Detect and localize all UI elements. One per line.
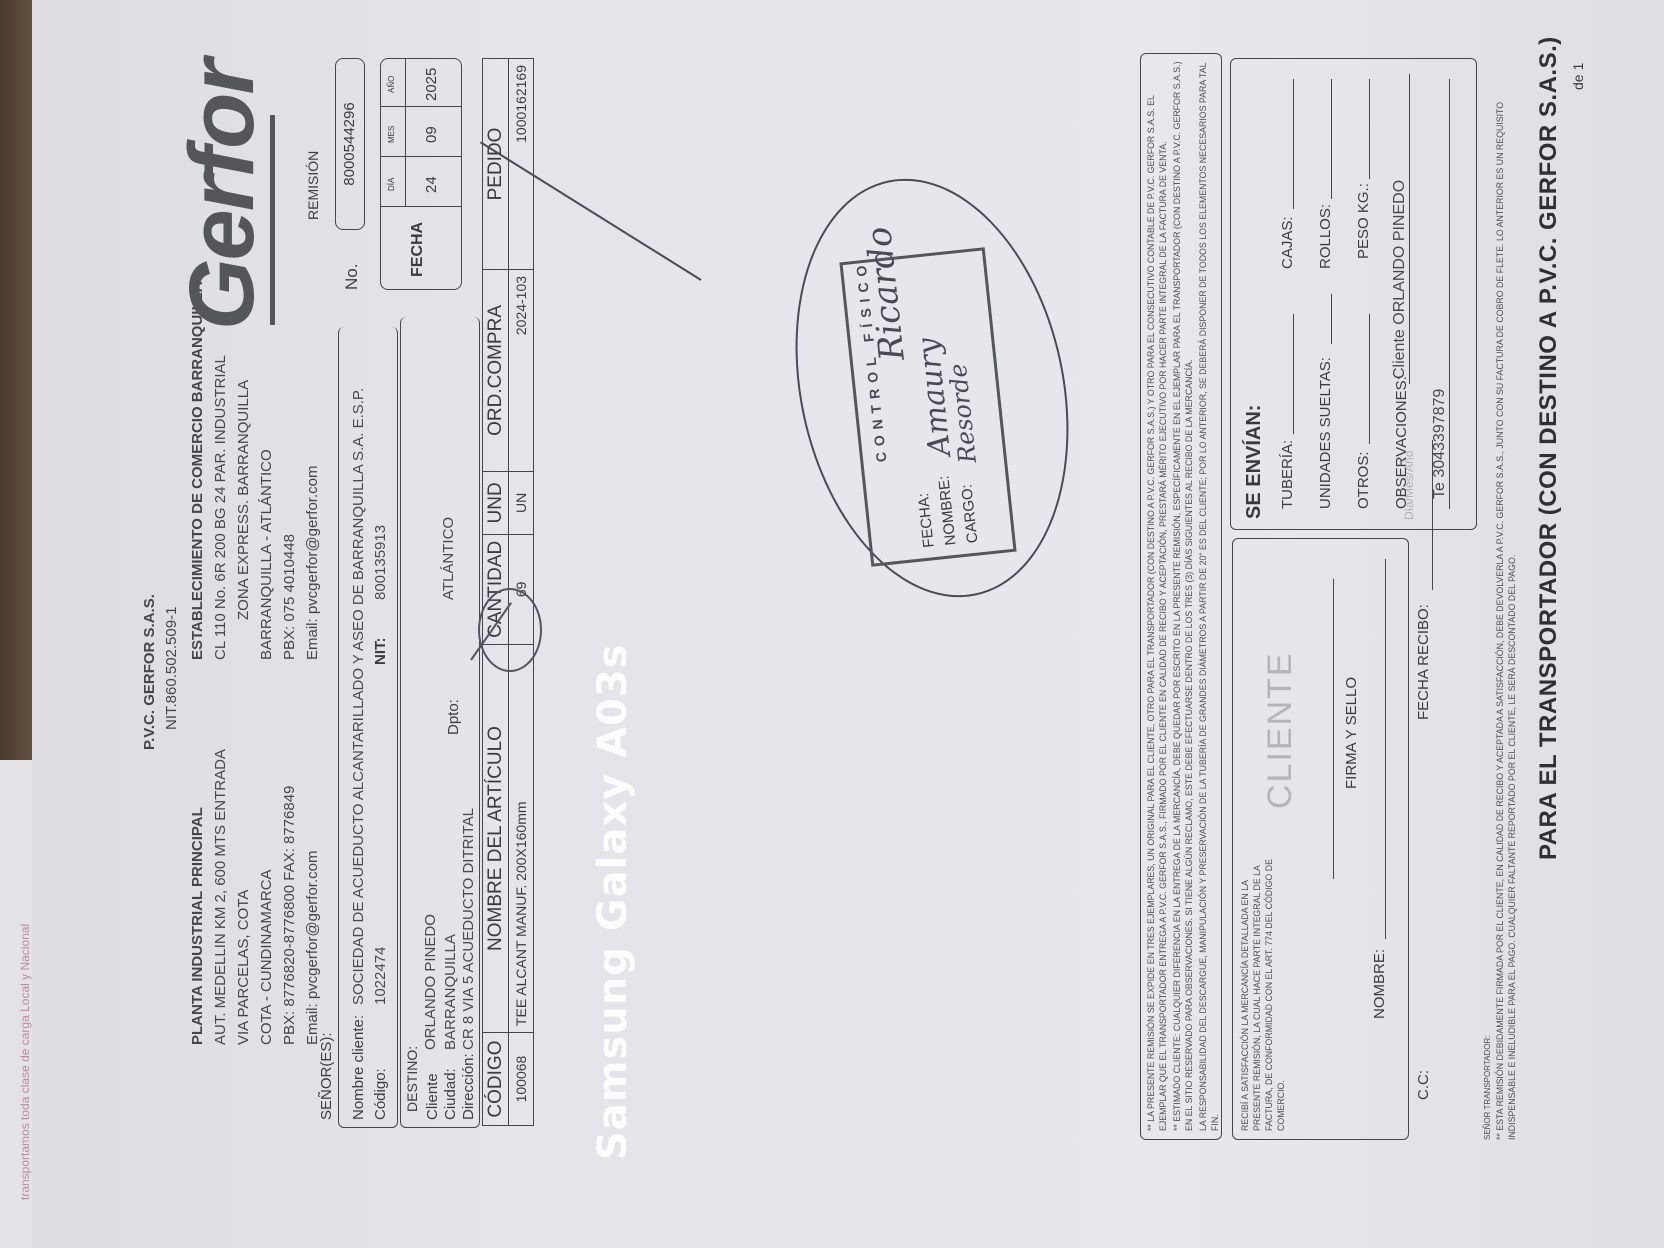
col-codigo: CÓDIGO (483, 1033, 509, 1126)
branch-line: BARRANQUILLA - ATLÁNTICO (257, 281, 276, 660)
ciudad-value: BARRANQUILLA (442, 934, 459, 1050)
remision-no-label: No. (342, 264, 362, 290)
col-ord-compra: ORD.COMPRA (483, 269, 509, 471)
stamp-fecha-label: FECHA: (915, 492, 938, 548)
fecha-mes: 09 (423, 126, 440, 143)
tuberia-field[interactable] (1293, 314, 1294, 434)
divider (381, 156, 461, 157)
destino-cliente-label: Cliente (424, 1073, 441, 1120)
nit-label: NIT: (372, 638, 389, 666)
observaciones-line-2 (1449, 79, 1450, 509)
observaciones-line (1409, 74, 1410, 384)
se-envian-title: SE ENVÍAN: (1243, 405, 1266, 519)
customer-box (338, 327, 398, 1128)
peso-field[interactable] (1369, 79, 1370, 179)
receipt-box: RECIBÍ A SATISFACCIÓN LA MERCANCÍA DETAL… (1232, 538, 1409, 1140)
cc-label: C.C: (1415, 1070, 1432, 1100)
branch-address: ESTABLECIMIENTO DE COMERCIO BARRANQUILLA… (188, 281, 322, 660)
nit-value: 800135913 (372, 525, 389, 600)
stamp-cargo-label: CARGO: (958, 483, 981, 544)
legal-box: ** LA PRESENTE REMISIÓN SE EXPIDE EN TRE… (1140, 53, 1222, 1140)
firma-line[interactable] (1333, 579, 1334, 879)
telefono-value: Te 3043397879 (1431, 389, 1449, 499)
branch-title: ESTABLECIMIENTO DE COMERCIO BARRANQUILLA (188, 281, 207, 660)
plant-line: AUT. MEDELLIN KM 2, 600 MTS ENTRADA (211, 749, 230, 1045)
cajas-label: CAJAS: (1279, 216, 1296, 269)
remision-number: 8000544296 (336, 59, 364, 229)
ano-label: AÑO (387, 76, 396, 93)
mes-label: MES (387, 126, 396, 143)
legal-p3: LA RESPONSABILIDAD DEL DESCARGUE, MANIPU… (1197, 61, 1221, 1131)
destino-cliente: ORLANDO PINEDO (422, 914, 439, 1050)
rollos-field[interactable] (1331, 79, 1332, 199)
cajas-field[interactable] (1293, 79, 1294, 209)
observaciones-value: Cliente ORLANDO PINEDO (1391, 180, 1409, 379)
divider (405, 59, 406, 207)
rollos-label: ROLLOS: (1317, 204, 1334, 269)
col-nombre: NOMBRE DEL ARTÍCULO (483, 644, 509, 1032)
remision-title: REMISIÓN (305, 151, 321, 220)
plant-line: COTA - CUNDINAMARCA (257, 749, 276, 1045)
receipt-text: RECIBÍ A SATISFACCIÓN LA MERCANCÍA DETAL… (1239, 831, 1287, 1131)
destino-title: DESTINO: (404, 1046, 420, 1112)
dpto-value: ATLÁNTICO (440, 517, 457, 600)
legal-p1: ** LA PRESENTE REMISIÓN SE EXPIDE EN TRE… (1145, 61, 1169, 1131)
tuberia-label: TUBERÍA: (1279, 440, 1296, 509)
direccion-label: Dirección: (460, 1053, 477, 1120)
cell-ord-compra: 2024-103 (509, 269, 534, 471)
plant-title: PLANTA INDUSTRIAL PRINCIPAL (188, 749, 207, 1045)
otros-field[interactable] (1369, 314, 1370, 444)
transportador-label: SEÑOR TRANSPORTADOR: (1482, 1036, 1494, 1140)
page-number: de 1 (1570, 63, 1586, 90)
fecha-dia: 24 (423, 176, 440, 193)
ciudad-label: Ciudad: (442, 1068, 459, 1120)
cliente-watermark: CLIENTE (1261, 651, 1300, 809)
remision-number-box: 8000544296 (335, 58, 365, 230)
firma-label: FIRMA Y SELLO (1343, 677, 1360, 789)
branch-line: Email: pvcgerfor@gerfor.com (303, 281, 322, 660)
plant-line: PBX: 8776820-8776800 FAX: 8776849 (280, 749, 299, 1045)
gerfor-logo: Gerfor (170, 61, 275, 330)
dia-label: DÍA (387, 178, 396, 191)
senores-label: SEÑOR(ES): (318, 1032, 335, 1120)
plant-line: VIA PARCELAS, COTA (234, 749, 253, 1045)
shipment-box: SE ENVÍAN: TUBERÍA: CAJAS: UNIDADES SUEL… (1230, 58, 1477, 530)
unidades-sueltas-field[interactable] (1331, 294, 1332, 344)
codigo-value: 1022474 (372, 947, 389, 1005)
direccion-value: CR 8 VIA 5 ACUEDUCTO DITRITAL (460, 808, 477, 1050)
cell-und: UN (509, 471, 534, 534)
plant-line: Email: pvcgerfor@gerfor.com (303, 749, 322, 1045)
company-name: P.V.C. GERFOR S.A.S. (140, 594, 159, 750)
cell-nombre: TEE ALCANT MANUF. 200X160mm (509, 644, 534, 1032)
camera-watermark: Samsung Galaxy A03s (590, 643, 636, 1160)
underlying-page-text: transportamos toda clase de carga Local … (18, 924, 32, 1200)
branch-line: PBX: 075 4010448 (280, 281, 299, 660)
nombre-recibo-field[interactable] (1385, 559, 1386, 939)
transportador-note: ** ESTA REMISIÓN DEBIDAMENTE FIRMADA POR… (1494, 50, 1518, 1140)
plant-address: PLANTA INDUSTRIAL PRINCIPAL AUT. MEDELLI… (188, 749, 322, 1045)
fecha-ano: 2025 (423, 68, 440, 101)
unidades-sueltas-label: UNIDADES SUELTAS: (1317, 357, 1334, 509)
legal-p2: ** ESTIMADO CLIENTE: CUALQUIER DIFERENCI… (1171, 61, 1195, 1131)
fecha-label: FECHA (409, 222, 427, 277)
dpto-label: Dpto: (445, 699, 462, 735)
company-nit: NIT.860.502.509-1 (162, 607, 181, 730)
nombre-cliente-label: Nombre cliente: (350, 1015, 367, 1120)
remision-document: P.V.C. GERFOR S.A.S. NIT.860.502.509-1 P… (60, 20, 1620, 1220)
logo-underline (270, 115, 275, 325)
divider (381, 106, 461, 107)
peso-label: PESO KG.: (1355, 183, 1372, 259)
stamp-nombre-label: NOMBRE: (935, 475, 959, 546)
pen-circle-mark (478, 588, 542, 672)
divider (381, 206, 461, 207)
codigo-label: Código: (372, 1068, 389, 1120)
nombre-cliente: SOCIEDAD DE ACUEDUCTO ALCANTARILLADO Y A… (350, 388, 367, 1005)
cell-pedido: 1000162169 (509, 59, 534, 270)
col-pedido: PEDIDO (483, 59, 509, 270)
branch-line: ZONA EXPRESS. BARRANQUILLA (234, 281, 253, 660)
fecha-recibo-label: FECHA RECIBO: (1415, 604, 1432, 720)
otros-label: OTROS: (1355, 451, 1372, 509)
branch-line: CL 110 No. 6R 200 BG 24 PAR. INDUSTRIAL (211, 281, 230, 660)
nombre-recibo-label: NOMBRE: (1371, 949, 1388, 1019)
copy-label: PARA EL TRANSPORTADOR (CON DESTINO A P.V… (1535, 36, 1563, 860)
observaciones-label: OBSERVACIONES: (1393, 376, 1410, 509)
col-und: UND (483, 471, 509, 534)
cell-codigo: 100068 (509, 1033, 534, 1126)
fecha-box: FECHA DÍA MES AÑO 24 09 2025 (380, 58, 462, 290)
